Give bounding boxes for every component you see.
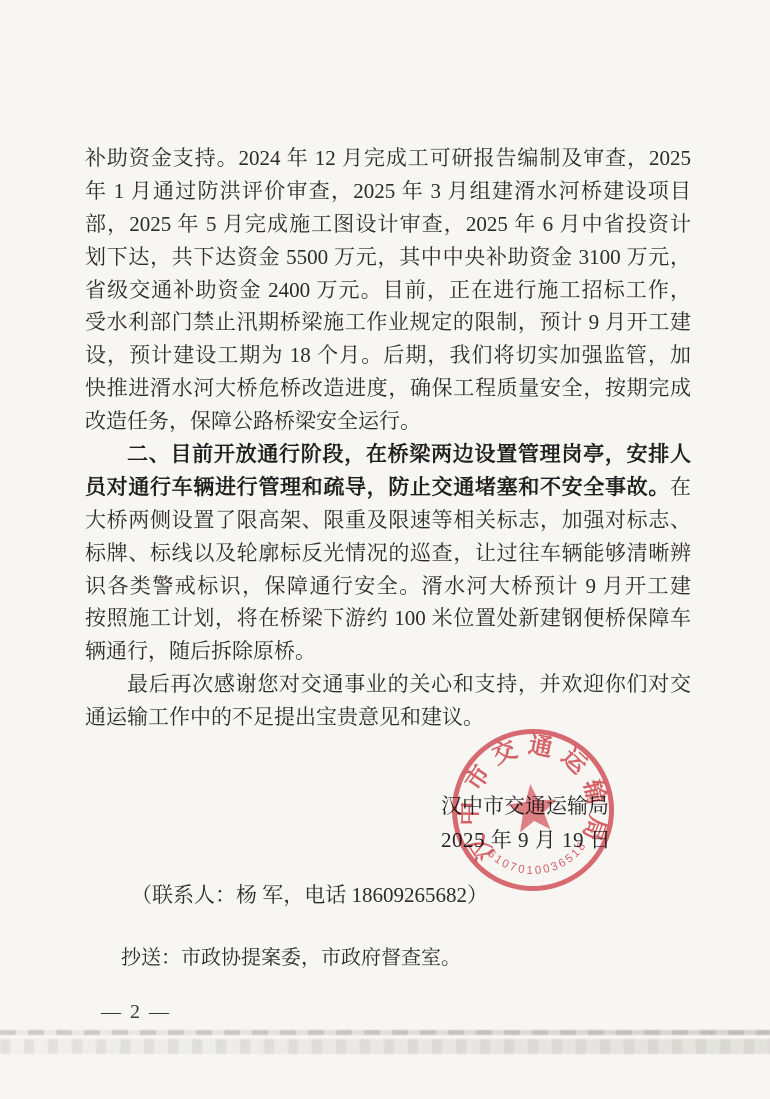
document-line: 最后再次感谢您对交通事业的关心和支持，并欢迎你们对交 [85,668,691,701]
page-number: — 2 — [101,1001,171,1024]
body-text: 按照施工计划，将在桥梁下游约 100 米位置处新建钢便桥保障车 [85,606,691,630]
emphasis-text: 二、目前开放通行阶段，在桥梁两边设置管理岗亭，安排人 [127,443,691,466]
body-text: 划下达，共下达资金 5500 万元，其中中央补助资金 3100 万元， [85,245,691,269]
document-line: 补助资金支持。2024 年 12 月完成工可研报告编制及审查，2025 [85,142,691,175]
body-text: 识各类警戒标识，保障通行安全。湑水河大桥预计 9 月开工建设， [85,574,691,603]
cc-line: 抄送：市政协提案委，市政府督查室。 [121,944,461,972]
body-text: 省级交通补助资金 2400 万元。目前，正在进行施工招标工作， [85,278,691,302]
document-line: 省级交通补助资金 2400 万元。目前，正在进行施工招标工作， [85,274,691,307]
document-line: 划下达，共下达资金 5500 万元，其中中央补助资金 3100 万元， [85,241,691,274]
body-text: 受水利部门禁止汛期桥梁施工作业规定的限制，预计 9 月开工建 [85,310,691,334]
body-text: 在 [670,475,691,499]
document-line: 识各类警戒标识，保障通行安全。湑水河大桥预计 9 月开工建设， [85,570,691,603]
body-text: 补助资金支持。2024 年 12 月完成工可研报告编制及审查，2025 [85,146,691,170]
document-line: 受水利部门禁止汛期桥梁施工作业规定的限制，预计 9 月开工建 [85,306,691,339]
body-text: 快推进湑水河大桥危桥改造进度，确保工程质量安全，按期完成 [85,376,691,400]
document-line: 二、目前开放通行阶段，在桥梁两边设置管理岗亭，安排人 [85,438,691,471]
document-line: 快推进湑水河大桥危桥改造进度，确保工程质量安全，按期完成 [85,372,691,405]
body-text: 部，2025 年 5 月完成施工图设计审查，2025 年 6 月中省投资计 [85,212,691,236]
document-line: 年 1 月通过防洪评价审查，2025 年 3 月组建湑水河桥建设项目 [85,175,691,208]
document-page: 补助资金支持。2024 年 12 月完成工可研报告编制及审查，2025年 1 月… [0,0,770,1099]
paragraph: 补助资金支持。2024 年 12 月完成工可研报告编制及审查，2025年 1 月… [85,142,691,438]
paragraph: 二、目前开放通行阶段，在桥梁两边设置管理岗亭，安排人员对通行车辆进行管理和疏导，… [85,438,691,668]
document-line: 部，2025 年 5 月完成施工图设计审查，2025 年 6 月中省投资计 [85,208,691,241]
document-line: 辆通行，随后拆除原桥。 [85,635,691,668]
document-line: 改造任务，保障公路桥梁安全运行。 [85,405,691,438]
document-line: 标牌、标线以及轮廓标反光情况的巡查，让过往车辆能够清晰辨 [85,537,691,570]
body-text: 大桥两侧设置了限高架、限重及限速等相关标志，加强对标志、 [85,508,691,532]
scan-artifact-band [0,1030,770,1035]
document-line: 按照施工计划，将在桥梁下游约 100 米位置处新建钢便桥保障车 [85,602,691,635]
emphasis-text: 员对通行车辆进行管理和疏导，防止交通堵塞和不安全事故。 [85,476,670,499]
body-text: 最后再次感谢您对交通事业的关心和支持，并欢迎你们对交 [127,672,691,696]
body-text: 辆通行，随后拆除原桥。 [85,639,316,663]
contact-line: （联系人：杨 军，电话 18609265682） [131,880,488,910]
official-seal: 汉中市交通运输局 6107010036518 [448,725,618,895]
body-text: 改造任务，保障公路桥梁安全运行。 [85,409,421,433]
scan-artifact-band [0,1039,770,1054]
document-body: 补助资金支持。2024 年 12 月完成工可研报告编制及审查，2025年 1 月… [85,142,691,734]
body-text: 通运输工作中的不足提出宝贵意见和建议。 [85,705,484,729]
body-text: 标牌、标线以及轮廓标反光情况的巡查，让过往车辆能够清晰辨 [85,541,691,565]
body-text: 设，预计建设工期为 18 个月。后期，我们将切实加强监管，加 [85,343,691,367]
seal-star-icon [506,782,560,834]
document-line: 员对通行车辆进行管理和疏导，防止交通堵塞和不安全事故。在 [85,471,691,504]
body-text: 年 1 月通过防洪评价审查，2025 年 3 月组建湑水河桥建设项目 [85,179,691,203]
document-line: 大桥两侧设置了限高架、限重及限速等相关标志，加强对标志、 [85,504,691,537]
document-line: 设，预计建设工期为 18 个月。后期，我们将切实加强监管，加 [85,339,691,372]
